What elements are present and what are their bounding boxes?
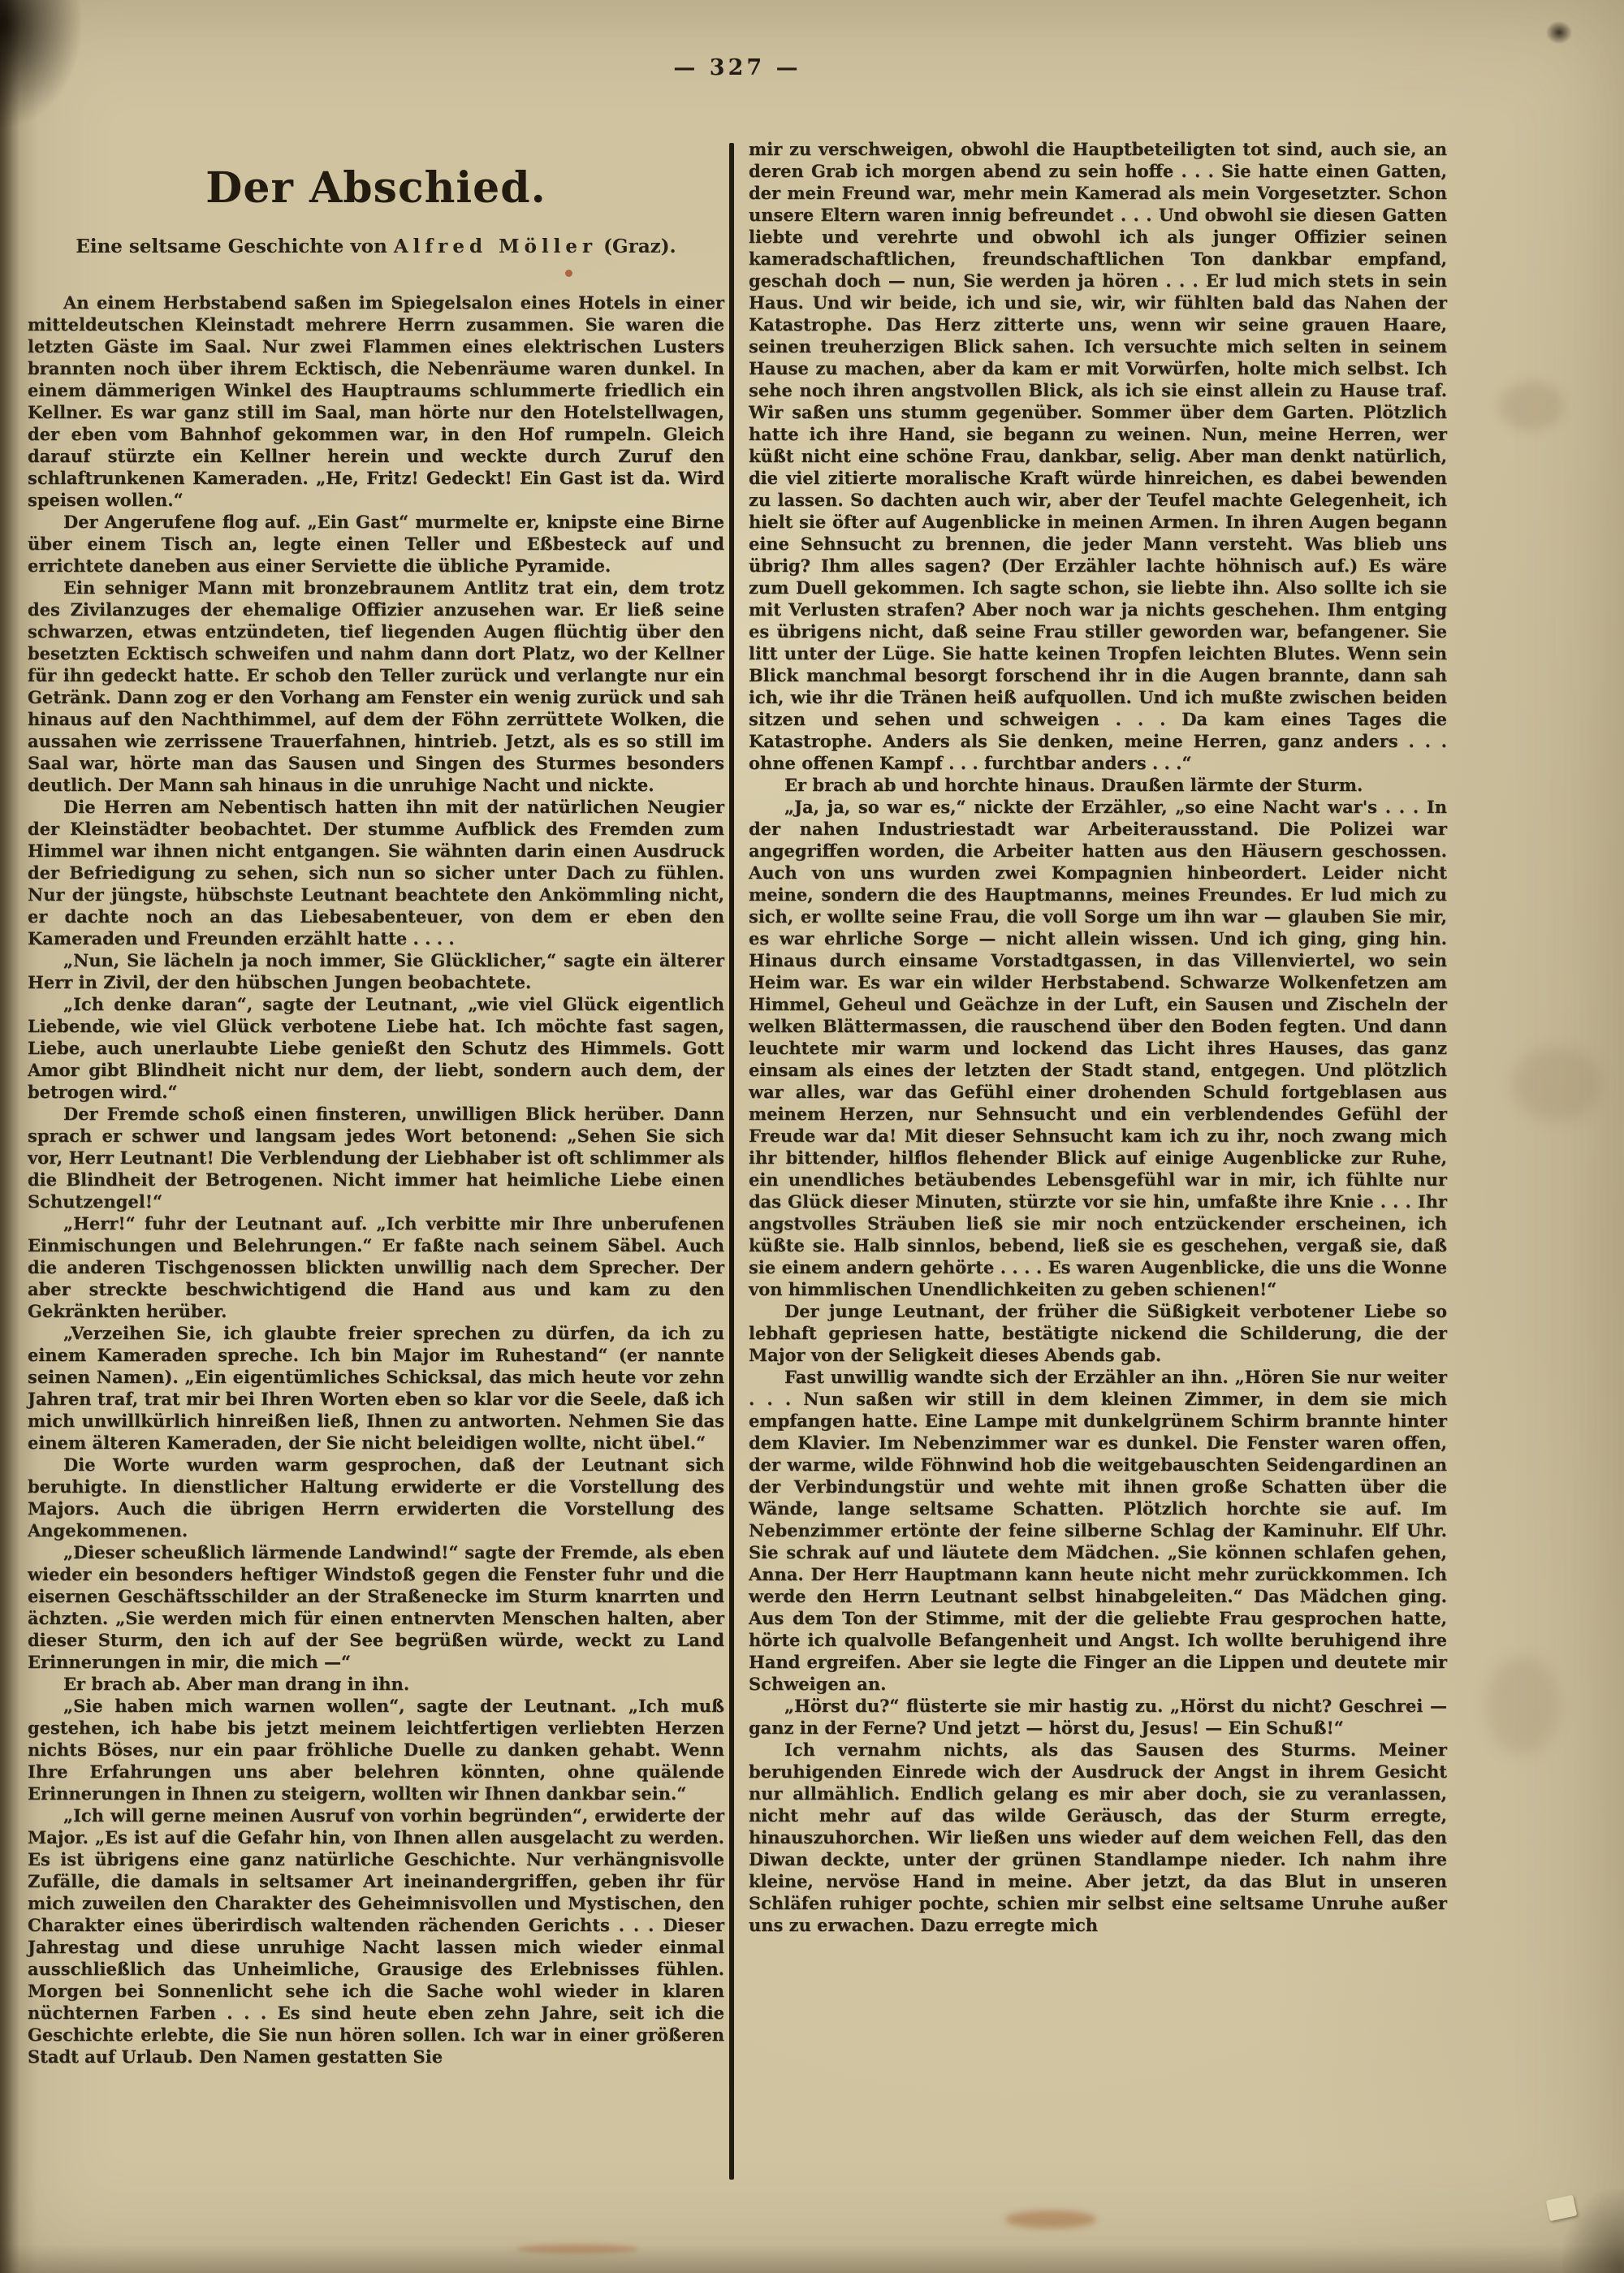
paragraph: Die Herren am Nebentisch hatten ihn mit … — [28, 796, 724, 949]
story-title: Der Abschied. — [28, 166, 724, 211]
paper-chip — [1546, 2195, 1578, 2222]
paragraph: Er brach ab und horchte hinaus. Draußen … — [749, 774, 1447, 796]
bottom-edge-shadow — [0, 2245, 1624, 2273]
paragraph: Ich vernahm nichts, als das Sausen des S… — [749, 1739, 1447, 1936]
paragraph: Fast unwillig wandte sich der Erzähler a… — [749, 1366, 1447, 1695]
rust-stain — [1005, 2210, 1096, 2228]
paragraph: „Hörst du?“ flüsterte sie mir hastig zu.… — [749, 1695, 1447, 1739]
story-subtitle: Eine seltsame Geschichte von Alfred Möll… — [28, 236, 724, 257]
author-name: Alfred Möller — [394, 236, 597, 257]
paragraph: „Ja, ja, so war es,“ nickte der Erzähler… — [749, 796, 1447, 1300]
paragraph: „Herr!“ fuhr der Leutnant auf. „Ich verb… — [28, 1212, 724, 1322]
scanned-book-page: — 327 — Der Abschied. Eine seltsame Gesc… — [0, 0, 1624, 2273]
page-number: — 327 — — [24, 55, 1450, 80]
paragraph: An einem Herbstabend saßen im Spiegelsal… — [28, 292, 724, 511]
subtitle-suffix: (Graz). — [597, 236, 676, 257]
paragraph: Ein sehniger Mann mit bronzebraunem Antl… — [28, 577, 724, 796]
left-column-text: An einem Herbstabend saßen im Spiegelsal… — [28, 292, 724, 2068]
dark-mark-top-right — [1546, 21, 1572, 44]
paragraph: „Ich denke daran“, sagte der Leutnant, „… — [28, 993, 724, 1103]
shadow-bottom-right-corner — [1562, 2189, 1624, 2273]
paragraph: Der junge Leutnant, der früher die Süßig… — [749, 1300, 1447, 1366]
paragraph: „Ich will gerne meinen Ausruf von vorhin… — [28, 1804, 724, 2068]
paper-stain — [1499, 382, 1564, 430]
paragraph: „Dieser scheußlich lärmende Landwind!“ s… — [28, 1541, 724, 1673]
rust-stain — [516, 2245, 638, 2254]
paragraph: Die Worte wurden warm gesprochen, daß de… — [28, 1454, 724, 1541]
paragraph: Er brach ab. Aber man drang in ihn. — [28, 1673, 724, 1695]
book-gutter-shadow — [0, 0, 19, 2273]
paper-stain — [1512, 1048, 1601, 1121]
subtitle-prefix: Eine seltsame Geschichte von — [76, 236, 394, 257]
paragraph: „Nun, Sie lächeln ja noch immer, Sie Glü… — [28, 949, 724, 993]
paragraph: Der Fremde schoß einen finsteren, unwill… — [28, 1103, 724, 1212]
right-column: mir zu verschweigen, obwohl die Hauptbet… — [749, 138, 1447, 1936]
left-column: Der Abschied. Eine seltsame Geschichte v… — [28, 166, 724, 2068]
paragraph: „Verzeihen Sie, ich glaubte freier sprec… — [28, 1322, 724, 1454]
column-divider-rule — [729, 143, 734, 2180]
paragraph: „Sie haben mich warnen wollen“, sagte de… — [28, 1695, 724, 1804]
right-column-text: mir zu verschweigen, obwohl die Hauptbet… — [749, 138, 1447, 1936]
paragraph: mir zu verschweigen, obwohl die Hauptbet… — [749, 138, 1447, 774]
paper-stain — [1486, 1657, 1559, 1754]
paragraph: Der Angerufene flog auf. „Ein Gast“ murm… — [28, 511, 724, 577]
